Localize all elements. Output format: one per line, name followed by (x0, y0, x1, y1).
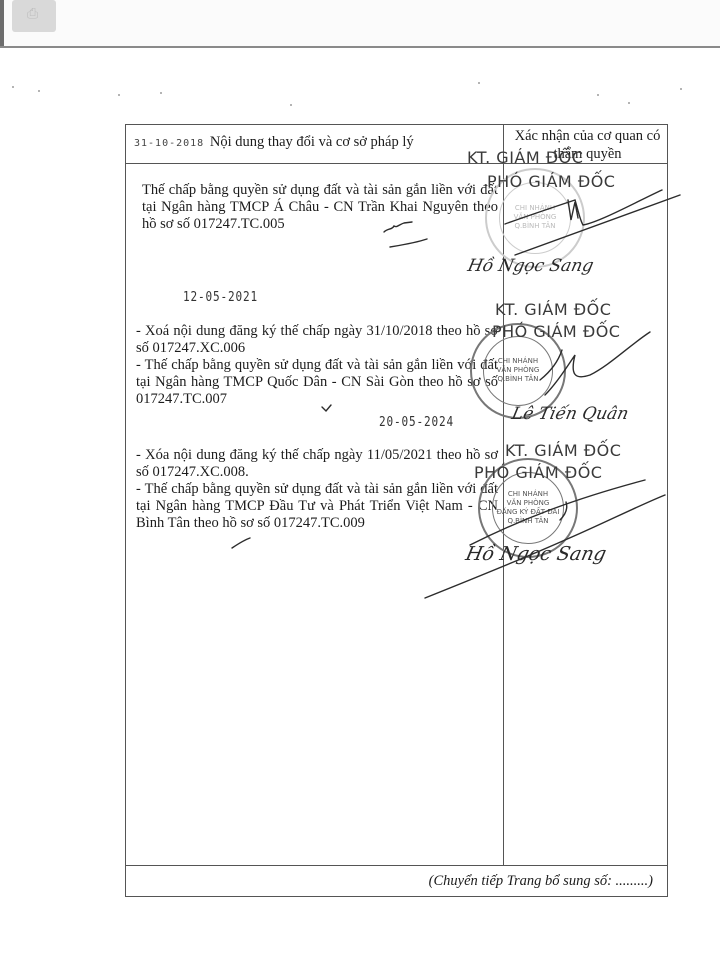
handwritten-signature-strokes (0, 0, 720, 972)
